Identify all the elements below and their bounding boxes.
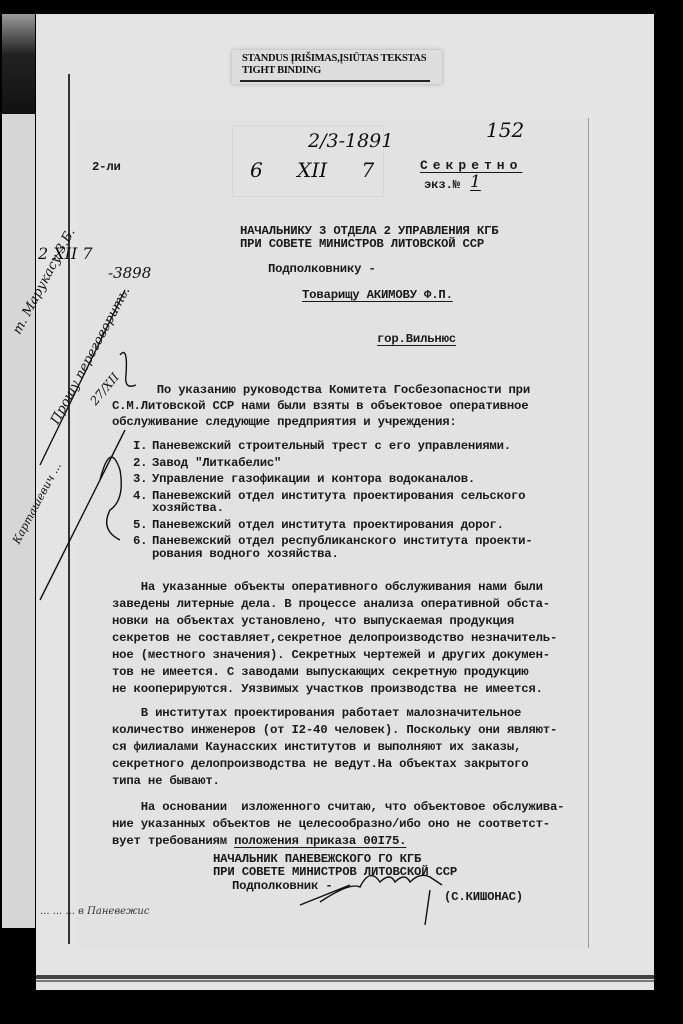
- signature-tail: [425, 890, 430, 925]
- margin-initials: [120, 353, 136, 387]
- margin-signature: [100, 457, 121, 540]
- margin-strike-line-2: [40, 430, 125, 600]
- signature-scrawl: [300, 875, 442, 905]
- margin-strike-line: [40, 290, 125, 465]
- handwritten-strokes: [0, 0, 683, 1024]
